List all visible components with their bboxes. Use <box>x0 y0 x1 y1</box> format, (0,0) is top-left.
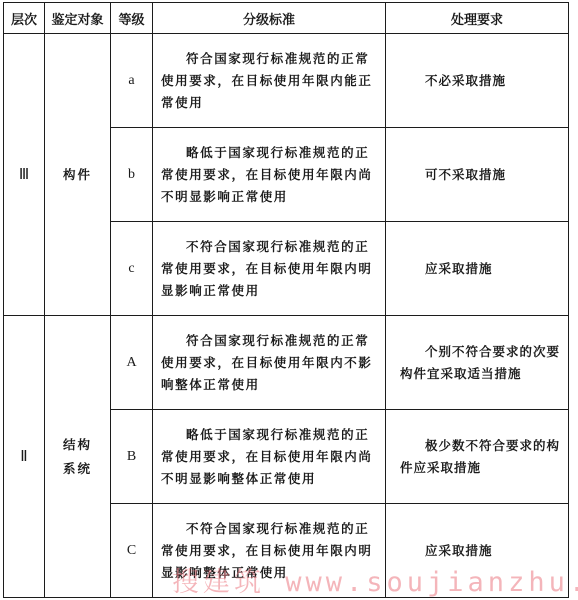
criteria-cell: 符合国家现行标准规范的正常使用要求，在目标使用年限内不影响整体正常使用 <box>153 316 386 410</box>
action-text: 应采取措施 <box>400 258 564 280</box>
criteria-cell: 略低于国家现行标准规范的正常使用要求，在目标使用年限内尚不明显影响正常使用 <box>153 128 386 222</box>
grade-cell: B <box>111 410 153 504</box>
criteria-cell: 略低于国家现行标准规范的正常使用要求，在目标使用年限内尚不明显影响整体正常使用 <box>153 410 386 504</box>
object-line: 结构 <box>45 433 110 457</box>
criteria-text: 符合国家现行标准规范的正常使用要求，在目标使用年限内不影响整体正常使用 <box>161 330 379 396</box>
action-text: 极少数不符合要求的构件应采取措施 <box>400 435 564 479</box>
criteria-cell: 不符合国家现行标准规范的正常使用要求，在目标使用年限内明显影响正常使用 <box>153 222 386 316</box>
header-criteria: 分级标准 <box>153 3 386 34</box>
criteria-text: 略低于国家现行标准规范的正常使用要求，在目标使用年限内尚不明显影响整体正常使用 <box>161 424 379 490</box>
object-line: 系统 <box>45 457 110 481</box>
action-cell: 可不采取措施 <box>386 128 569 222</box>
action-text: 个别不符合要求的次要构件宜采取适当措施 <box>400 341 564 385</box>
header-grade: 等级 <box>111 3 153 34</box>
grade-cell: c <box>111 222 153 316</box>
table-row: Ⅲ 构件 a 符合国家现行标准规范的正常使用要求，在目标使用年限内能正常使用 不… <box>4 34 569 128</box>
level-cell: Ⅱ <box>4 316 45 598</box>
header-row: 层次 鉴定对象 等级 分级标准 处理要求 <box>4 3 569 34</box>
criteria-cell: 符合国家现行标准规范的正常使用要求，在目标使用年限内能正常使用 <box>153 34 386 128</box>
table-row: Ⅱ 结构 系统 A 符合国家现行标准规范的正常使用要求，在目标使用年限内不影响整… <box>4 316 569 410</box>
grade-cell: A <box>111 316 153 410</box>
criteria-text: 不符合国家现行标准规范的正常使用要求，在目标使用年限内明显影响正常使用 <box>161 236 379 302</box>
grade-cell: a <box>111 34 153 128</box>
action-text: 不必采取措施 <box>400 70 564 92</box>
header-action: 处理要求 <box>386 3 569 34</box>
header-level: 层次 <box>4 3 45 34</box>
action-cell: 应采取措施 <box>386 222 569 316</box>
grading-table: 层次 鉴定对象 等级 分级标准 处理要求 Ⅲ 构件 a 符合国家现行标准规范的正… <box>3 2 569 598</box>
criteria-text: 不符合国家现行标准规范的正常使用要求，在目标使用年限内明显影响整体正常使用 <box>161 518 379 584</box>
action-cell: 个别不符合要求的次要构件宜采取适当措施 <box>386 316 569 410</box>
action-text: 可不采取措施 <box>400 164 564 186</box>
object-cell: 结构 系统 <box>45 316 111 598</box>
action-cell: 不必采取措施 <box>386 34 569 128</box>
header-object: 鉴定对象 <box>45 3 111 34</box>
grade-cell: b <box>111 128 153 222</box>
object-cell: 构件 <box>45 34 111 316</box>
criteria-text: 符合国家现行标准规范的正常使用要求，在目标使用年限内能正常使用 <box>161 48 379 114</box>
grade-cell: C <box>111 504 153 598</box>
action-cell: 应采取措施 <box>386 504 569 598</box>
criteria-text: 略低于国家现行标准规范的正常使用要求，在目标使用年限内尚不明显影响正常使用 <box>161 142 379 208</box>
action-text: 应采取措施 <box>400 540 564 562</box>
action-cell: 极少数不符合要求的构件应采取措施 <box>386 410 569 504</box>
criteria-cell: 不符合国家现行标准规范的正常使用要求，在目标使用年限内明显影响整体正常使用 <box>153 504 386 598</box>
level-cell: Ⅲ <box>4 34 45 316</box>
